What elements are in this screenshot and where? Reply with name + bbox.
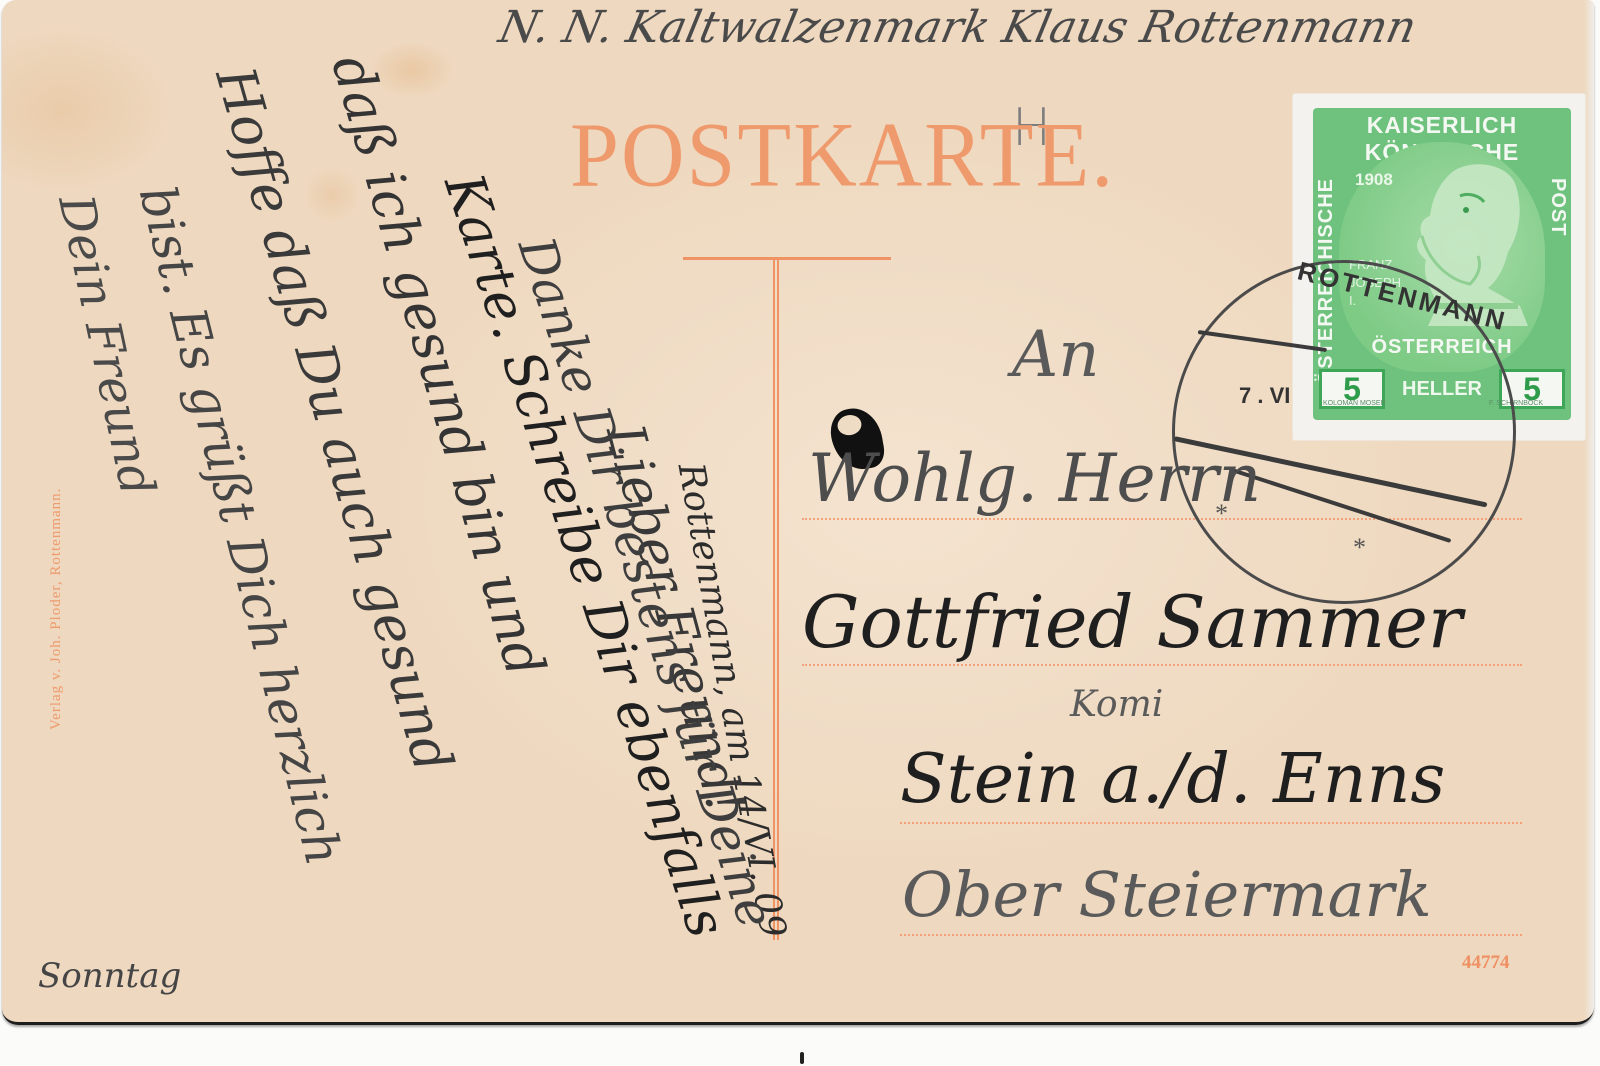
address-line-4-text: Stein a./d. Enns [900, 740, 1445, 819]
publisher-imprint: Verlag v. Joh. Ploder, Rottenmann. [48, 488, 65, 730]
card-edge [1584, 0, 1594, 1022]
postmark-circle: ROTTENMANN 7 . VI * * [1172, 260, 1516, 604]
message-signoff: Sonntag [38, 956, 181, 996]
address-line-3 [900, 822, 1522, 824]
address-line-1-text: Wohlg. Herrn [808, 440, 1261, 517]
address-line-5-text: Ober Steiermark [902, 858, 1432, 931]
address-line-3-text: Komi [1070, 684, 1163, 725]
top-handwritten-note: N. N. Kaltwalzenmark Klaus Rottenmann [495, 2, 1421, 53]
divider-horizontal [683, 257, 891, 260]
postcard: N. N. Kaltwalzenmark Klaus Rottenmann H … [2, 0, 1594, 1025]
postkarte-title: POSTKARTE. [570, 110, 1115, 202]
postmark-star-icon: * [1353, 533, 1366, 563]
address-line-2 [802, 664, 1522, 666]
address-salutation: An [1012, 318, 1099, 392]
address-line-2-text: Gottfried Sammer [802, 580, 1462, 664]
address-line-4 [900, 934, 1522, 936]
postmark-date: 7 . VI [1239, 383, 1290, 409]
card-number: 44774 [1462, 952, 1510, 974]
stamp-right-text: POST [1546, 178, 1569, 236]
stamp-year: 1908 [1355, 170, 1393, 190]
scan-speck [800, 1052, 804, 1064]
